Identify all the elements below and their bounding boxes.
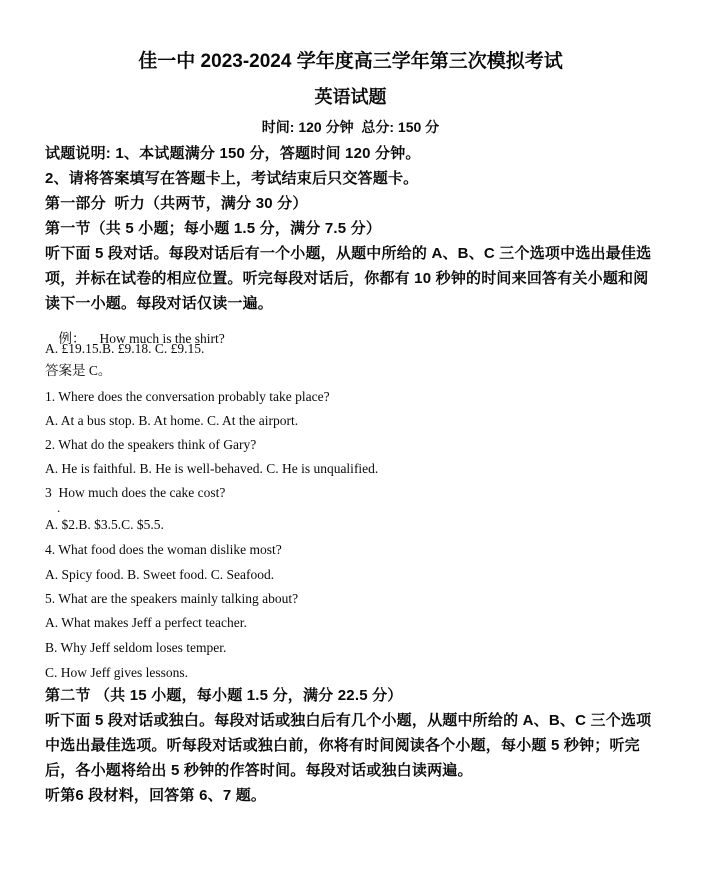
question-2-options: A. He is faithful. B. He is well-behaved… xyxy=(45,460,656,477)
time-total-score-line: 时间: 120 分钟 总分: 150 分 xyxy=(0,118,701,136)
section2-instructions-line3: 后，各小题将给出 5 秒钟的作答时间。每段对话或独白读两遍。 xyxy=(45,761,656,780)
section1-instructions-line1: 听下面 5 段对话。每段对话后有一个小题，从题中所给的 A、B、C 三个选项中选… xyxy=(45,244,656,263)
example-answer: 答案是 C。 xyxy=(45,362,656,379)
exam-paper-page: 佳一中 2023-2024 学年度高三学年第三次模拟考试 英语试题 时间: 12… xyxy=(0,0,701,877)
exam-subtitle: 英语试题 xyxy=(0,86,701,109)
section1-heading: 第一节（共 5 小题；每小题 1.5 分，满分 7.5 分） xyxy=(45,219,656,238)
question-5-option-a: A. What makes Jeff a perfect teacher. xyxy=(45,614,656,631)
section2-material-6-note: 听第6 段材料，回答第 6、7 题。 xyxy=(45,786,656,805)
question-1: 1. Where does the conversation probably … xyxy=(45,388,656,405)
example-options: A. £19.15.B. £9.18. C. £9.15. xyxy=(45,340,656,357)
exam-note-line-1: 试题说明: 1、本试题满分 150 分，答题时间 120 分钟。 xyxy=(45,144,656,163)
question-5: 5. What are the speakers mainly talking … xyxy=(45,590,656,607)
section2-instructions-line2: 中选出最佳选项。听每段对话或独白前，你将有时间阅读各个小题，每小题 5 秒钟；听… xyxy=(45,736,656,755)
exam-title: 佳一中 2023-2024 学年度高三学年第三次模拟考试 xyxy=(0,50,701,74)
question-4-options: A. Spicy food. B. Sweet food. C. Seafood… xyxy=(45,566,656,583)
question-5-option-b: B. Why Jeff seldom loses temper. xyxy=(45,639,656,656)
part1-heading: 第一部分 听力（共两节，满分 30 分） xyxy=(45,194,656,213)
question-1-options: A. At a bus stop. B. At home. C. At the … xyxy=(45,412,656,429)
section2-heading: 第二节 （共 15 小题，每小题 1.5 分，满分 22.5 分） xyxy=(45,686,656,705)
section1-instructions-line3: 读下一小题。每段对话仅读一遍。 xyxy=(45,294,656,313)
section2-instructions-line1: 听下面 5 段对话或独白。每段对话或独白后有几个小题，从题中所给的 A、B、C … xyxy=(45,711,656,730)
section1-instructions-line2: 项，并标在试卷的相应位置。听完每段对话后，你都有 10 秒钟的时间来回答有关小题… xyxy=(45,269,656,288)
question-3-stray-period: . xyxy=(57,499,656,516)
question-5-option-c: C. How Jeff gives lessons. xyxy=(45,664,656,681)
question-4: 4. What food does the woman dislike most… xyxy=(45,541,656,558)
question-2: 2. What do the speakers think of Gary? xyxy=(45,436,656,453)
question-3-options: A. $2.B. $3.5.C. $5.5. xyxy=(45,516,656,533)
exam-note-line-2: 2、请将答案填写在答题卡上，考试结束后只交答题卡。 xyxy=(45,169,656,188)
